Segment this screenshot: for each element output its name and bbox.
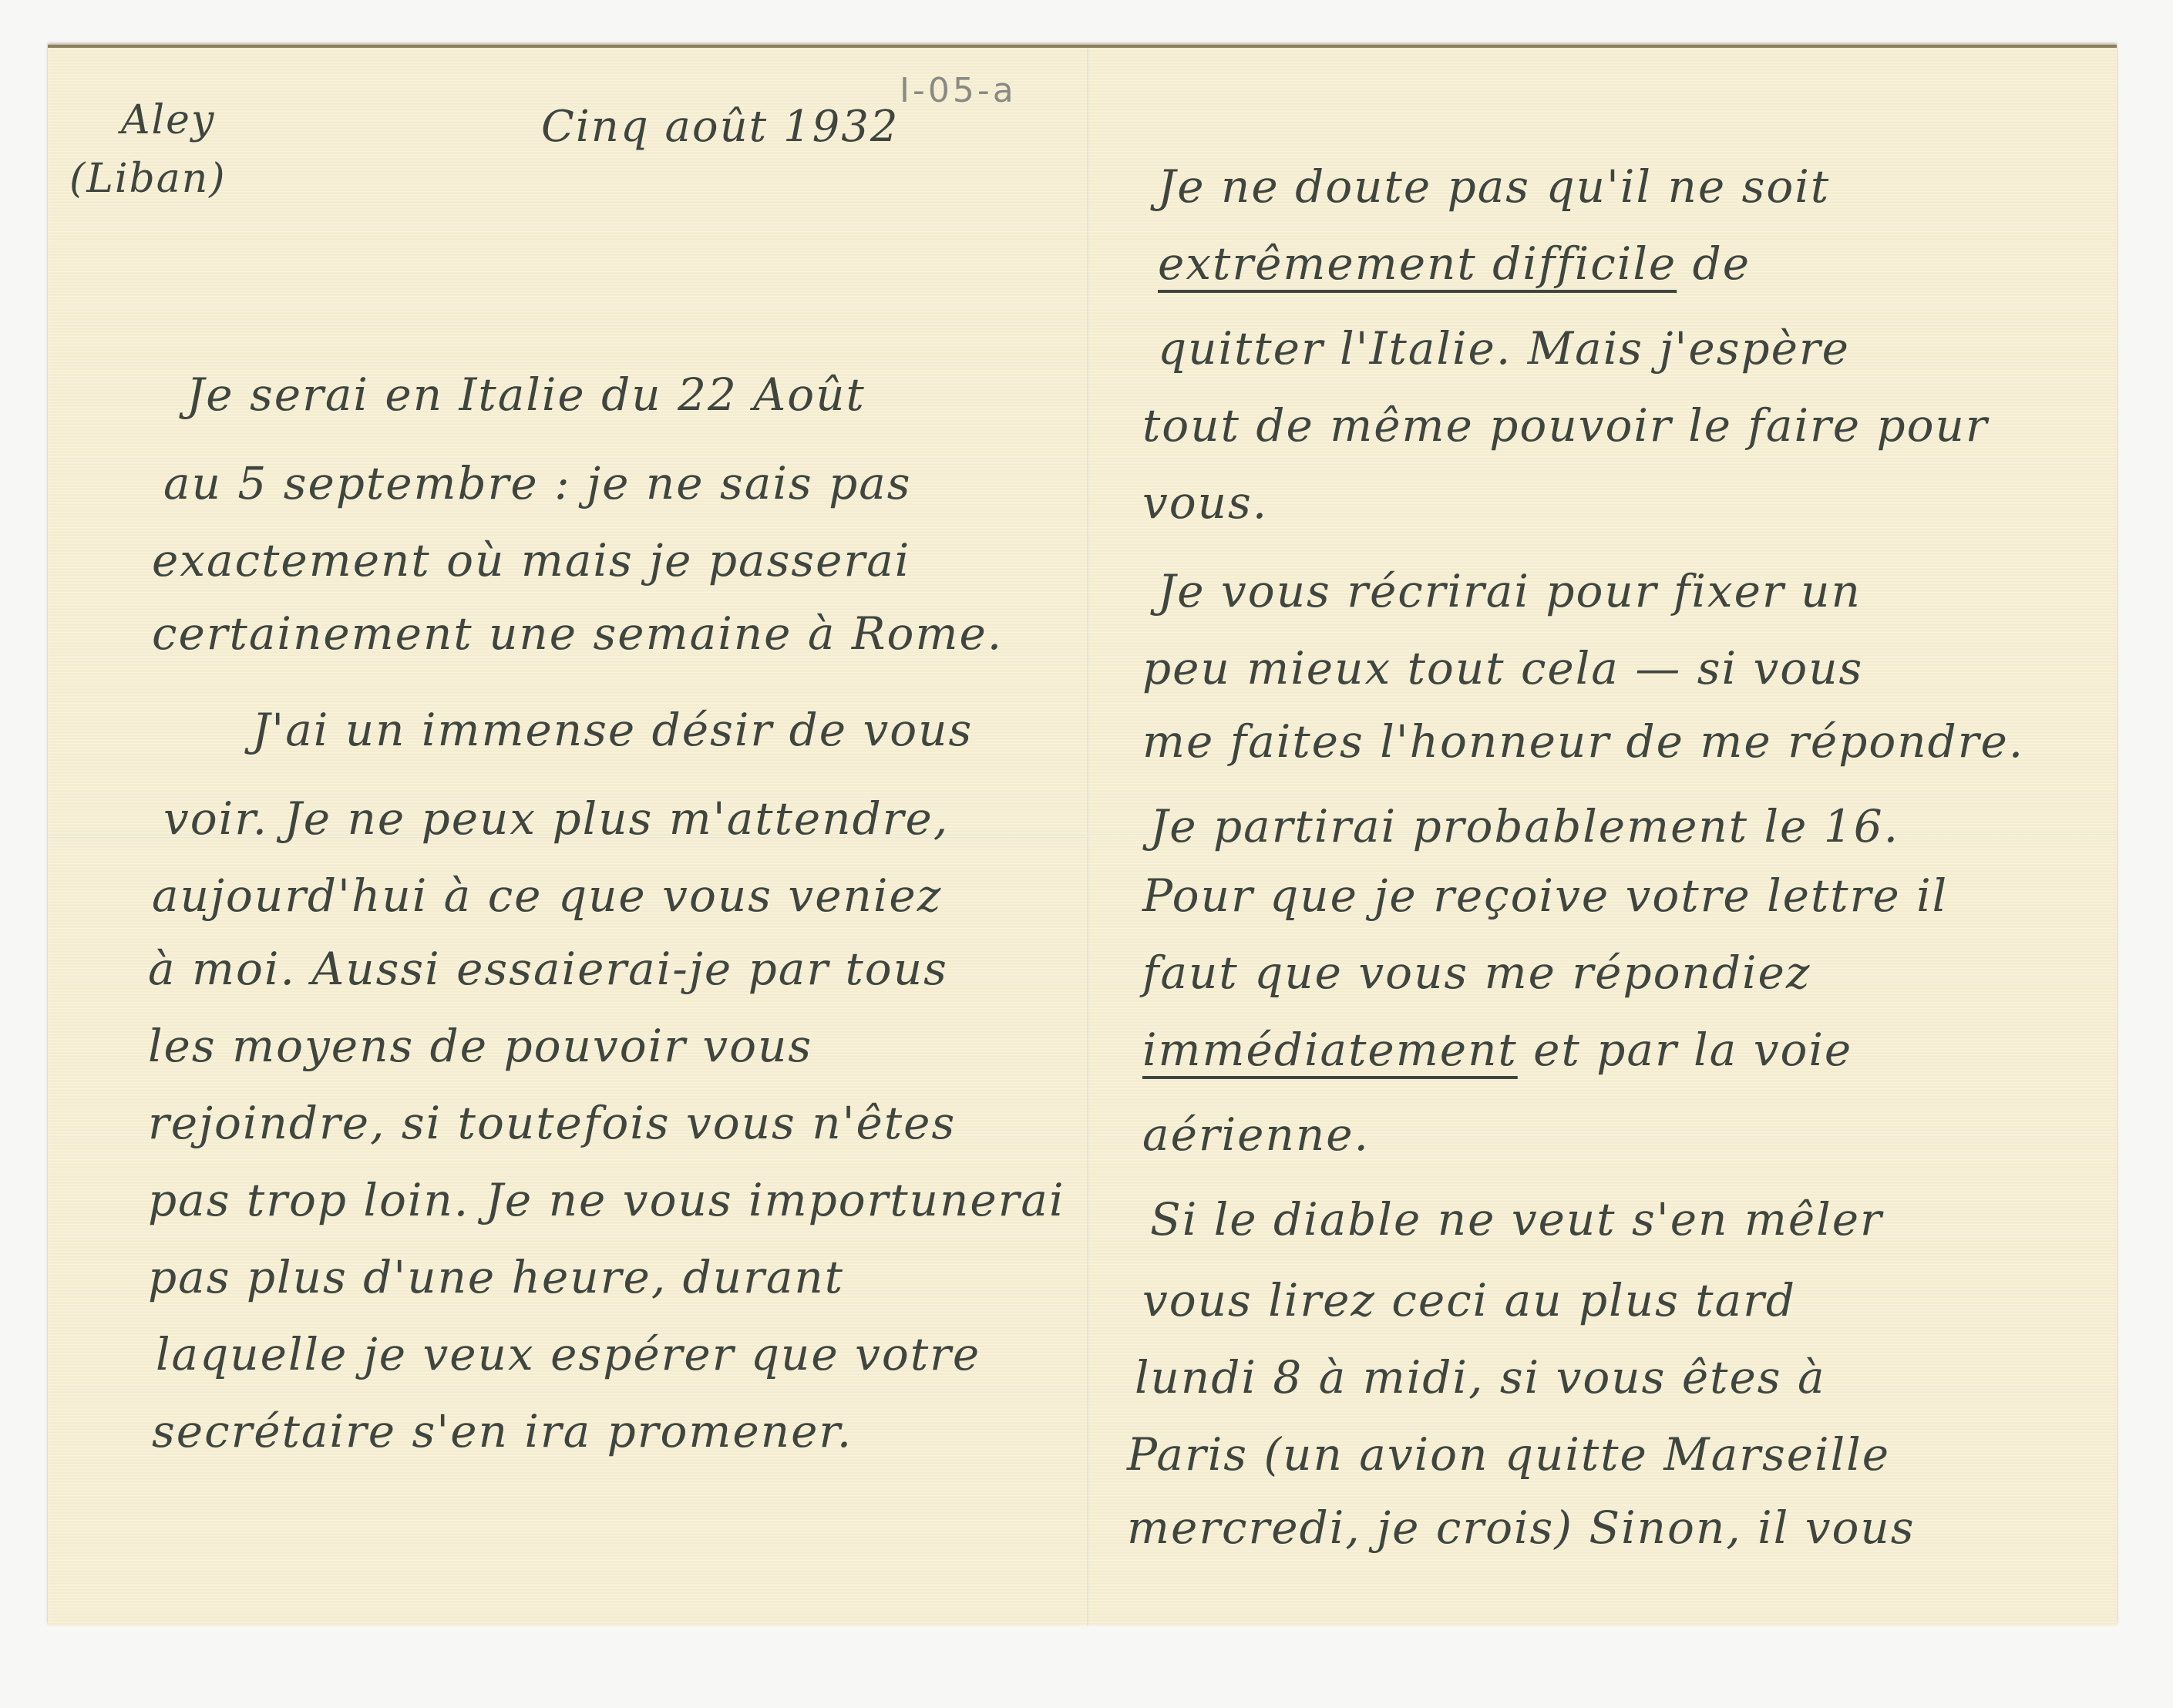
right-line-4: tout de même pouvoir le faire pour xyxy=(1142,395,1989,456)
right-line-7: peu mieux tout cela — si vous xyxy=(1142,637,1863,699)
right-line-9: Je partirai probablement le 16. xyxy=(1150,795,1899,857)
letter-date: Cinq août 1932 xyxy=(541,102,899,152)
right-line-8: me faites l'honneur de me répondre. xyxy=(1142,711,2024,772)
left-line-12: pas plus d'une heure, durant xyxy=(148,1246,844,1308)
left-line-9: les moyens de pouvoir vous xyxy=(148,1015,812,1077)
right-line-10: Pour que je reçoive votre lettre il xyxy=(1142,865,1948,926)
right-line-2: extrêmement difficile de xyxy=(1158,233,1751,294)
left-line-4: certainement une semaine à Rome. xyxy=(152,603,1003,664)
right-line-11: faut que vous me répondiez xyxy=(1142,942,1811,1004)
underlined-phrase: extrêmement difficile xyxy=(1158,237,1677,290)
right-line-17: Paris (un avion quitte Marseille xyxy=(1127,1424,1890,1485)
left-line-10: rejoindre, si toutefois vous n'êtes xyxy=(148,1092,956,1154)
left-line-8: à moi. Aussi essaierai-je par tous xyxy=(148,938,948,1000)
place-line-1: Aley xyxy=(121,96,215,145)
left-line-14: secrétaire s'en ira promener. xyxy=(152,1400,853,1462)
right-line-5: vous. xyxy=(1142,472,1268,533)
center-fold xyxy=(1087,48,1089,1626)
left-line-6: voir. Je ne peux plus m'attendre, xyxy=(163,788,949,849)
right-line-13: aérienne. xyxy=(1142,1104,1370,1165)
right-line-1: Je ne doute pas qu'il ne soit xyxy=(1158,156,1830,217)
left-line-13: laquelle je veux espérer que votre xyxy=(156,1323,981,1385)
left-line-1: Je serai en Italie du 22 Août xyxy=(187,364,866,425)
right-line-16: lundi 8 à midi, si vous êtes à xyxy=(1135,1347,1826,1408)
right-line-14: Si le diable ne veut s'en mêler xyxy=(1150,1189,1883,1250)
right-line-18: mercredi, je crois) Sinon, il vous xyxy=(1127,1497,1916,1558)
left-line-2: au 5 septembre : je ne sais pas xyxy=(163,452,912,514)
left-line-11: pas trop loin. Je ne vous importunerai xyxy=(148,1169,1065,1231)
place-line-2: (Liban) xyxy=(69,154,227,203)
archive-mark: I-05-a xyxy=(900,71,1017,110)
right-line-12: immédiatement et par la voie xyxy=(1142,1019,1852,1081)
left-line-5: J'ai un immense désir de vous xyxy=(252,699,973,761)
left-line-3: exactement où mais je passerai xyxy=(152,530,910,591)
right-line-6: Je vous récrirai pour fixer un xyxy=(1158,560,1862,622)
underlined-phrase: immédiatement xyxy=(1142,1024,1518,1076)
letter-sheet: Aley (Liban) Cinq août 1932 I-05-a Je se… xyxy=(48,45,2117,1626)
right-line-15: vous lirez ceci au plus tard xyxy=(1142,1269,1796,1331)
right-line-3: quitter l'Italie. Mais j'espère xyxy=(1158,318,1850,379)
left-line-7: aujourd'hui à ce que vous veniez xyxy=(152,865,942,926)
